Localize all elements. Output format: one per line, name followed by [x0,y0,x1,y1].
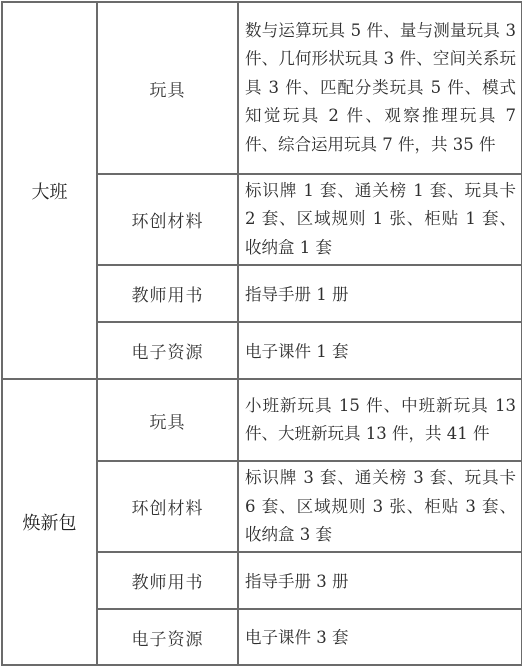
category-cell: 环创材料 [97,461,238,552]
category-cell: 电子资源 [97,322,238,379]
category-cell: 玩具 [97,379,238,461]
table-row: 大班 玩具 数与运算玩具 5 件、量与测量玩具 3 件、几何形状玩具 3 件、空… [2,2,522,174]
content-cell: 电子课件 1 套 [238,322,522,379]
content-cell: 标识牌 1 套、通关榜 1 套、玩具卡 2 套、区域规则 1 张、柜贴 1 套、… [238,174,522,265]
materials-table: 大班 玩具 数与运算玩具 5 件、量与测量玩具 3 件、几何形状玩具 3 件、空… [1,1,522,656]
table-row: 焕新包 玩具 小班新玩具 15 件、中班新玩具 13 件、大班新玩具 13 件，… [2,379,522,461]
category-cell: 玩具 [97,2,238,174]
category-cell: 环创材料 [97,174,238,265]
content-cell: 电子课件 3 套 [238,609,522,656]
content-cell: 数与运算玩具 5 件、量与测量玩具 3 件、几何形状玩具 3 件、空间关系玩具 … [238,2,522,174]
content-cell: 指导手册 1 册 [238,265,522,322]
content-cell: 标识牌 3 套、通关榜 3 套、玩具卡 6 套、区域规则 3 张、柜贴 3 套、… [238,461,522,552]
group-label-daban: 大班 [2,2,97,379]
content-cell: 指导手册 3 册 [238,552,522,609]
content-cell: 小班新玩具 15 件、中班新玩具 13 件、大班新玩具 13 件，共 41 件 [238,379,522,461]
group-label-huanxinbao: 焕新包 [2,379,97,656]
category-cell: 电子资源 [97,609,238,656]
category-cell: 教师用书 [97,552,238,609]
category-cell: 教师用书 [97,265,238,322]
